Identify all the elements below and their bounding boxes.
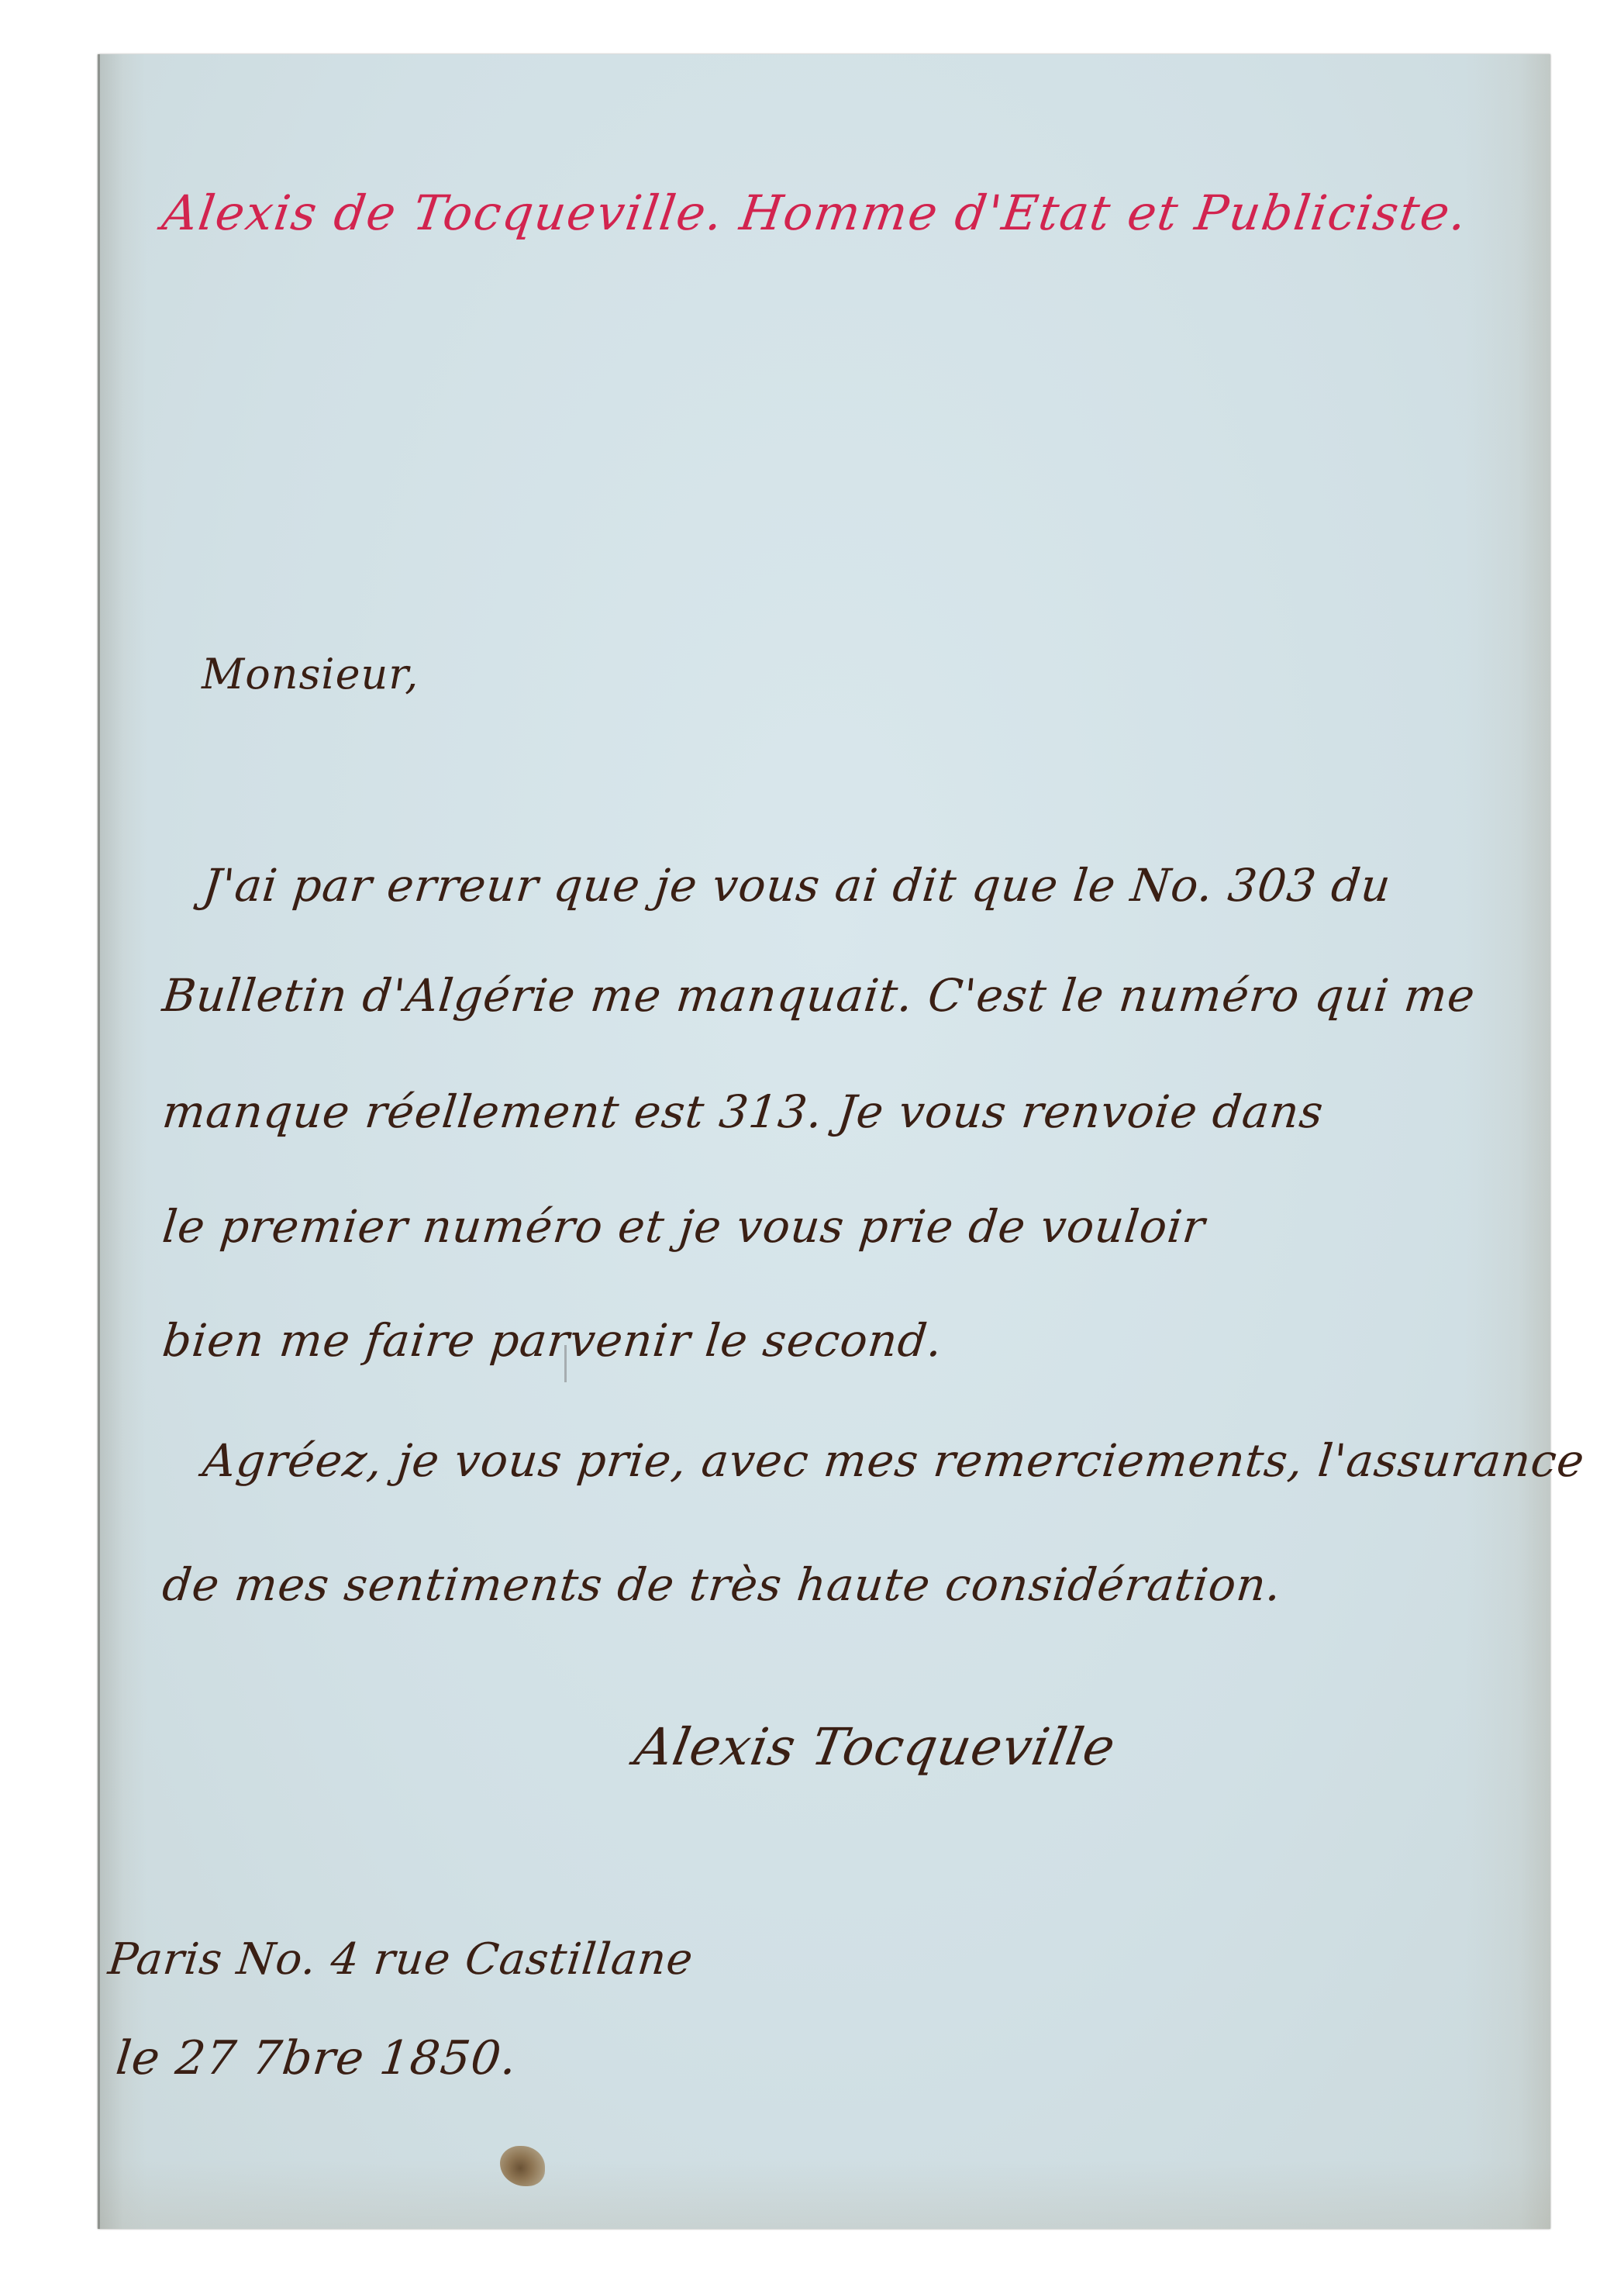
body-line-5: bien me faire parvenir le second. — [160, 1314, 945, 1367]
body-line-6: Agréez, je vous prie, avec mes remerciem… — [200, 1434, 1587, 1487]
body-line-1: J'ai par erreur que je vous ai dit que l… — [200, 859, 1393, 912]
header-annotation: Alexis de Tocqueville. Homme d'Etat et P… — [159, 185, 1471, 241]
body-line-3: manque réellement est 313. Je vous renvo… — [160, 1085, 1326, 1138]
letter-paper — [98, 54, 1550, 2229]
salutation: Monsieur, — [202, 650, 419, 699]
signature: Alexis Tocqueville — [630, 1717, 1120, 1777]
date-line: le 27 7bre 1850. — [113, 2031, 519, 2085]
body-line-4: le premier numéro et je vous prie de vou… — [160, 1200, 1208, 1253]
body-line-7: de mes sentiments de très haute considér… — [160, 1558, 1284, 1611]
paper-mark — [564, 1345, 567, 1382]
body-line-2: Bulletin d'Algérie me manquait. C'est le… — [160, 969, 1477, 1022]
address-line: Paris No. 4 rue Castillane — [106, 1934, 696, 1985]
